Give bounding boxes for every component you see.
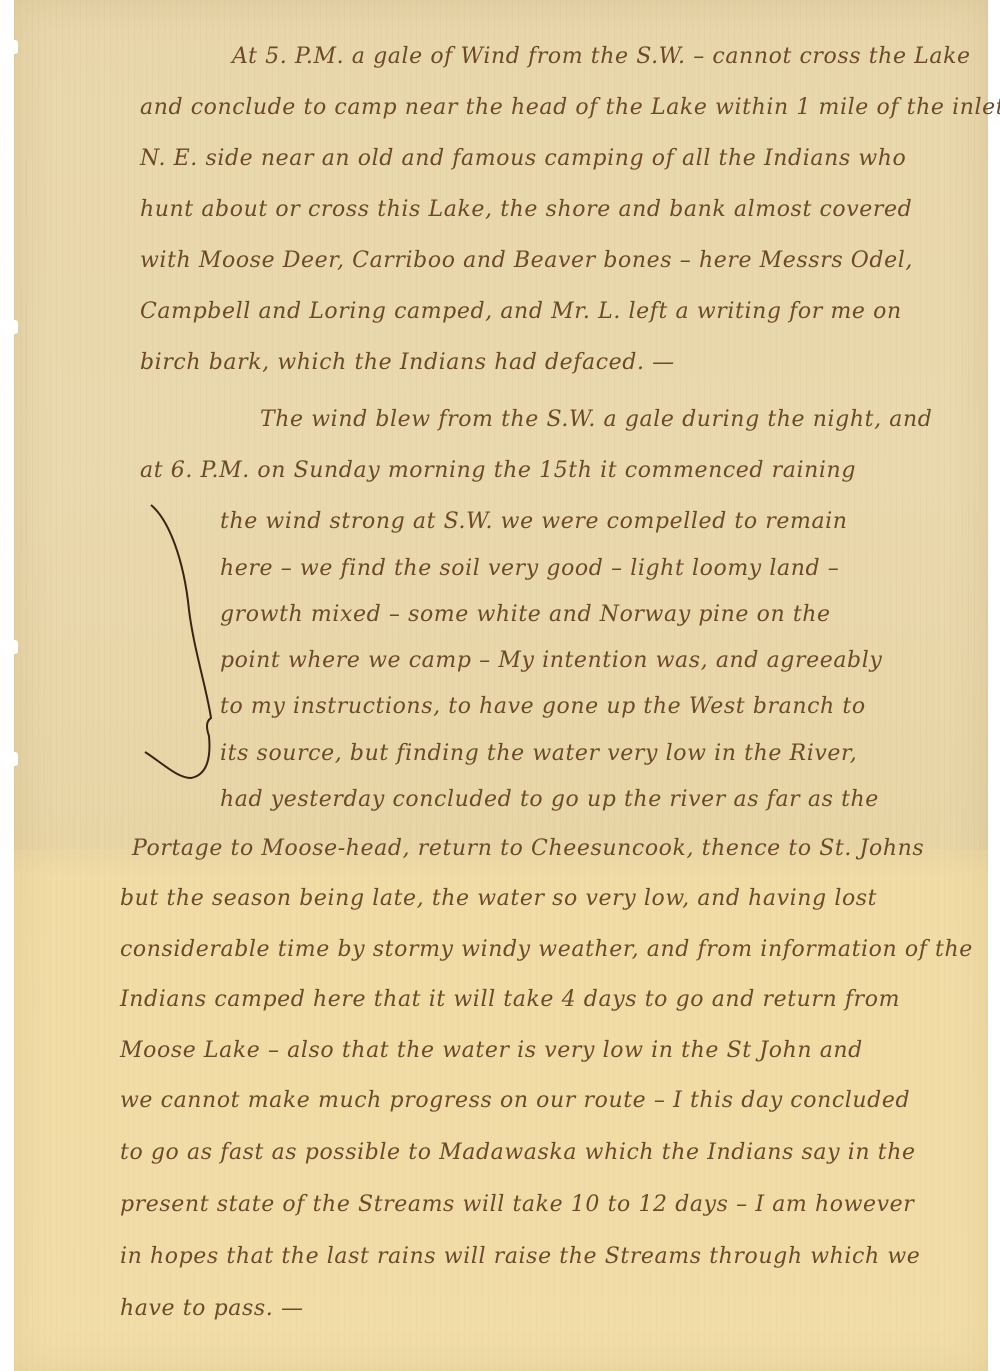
margin-bracket-mark (139, 500, 229, 790)
paper-tear (8, 752, 18, 766)
text-line: point where we camp – My intention was, … (220, 648, 882, 673)
text-line: present state of the Streams will take 1… (120, 1192, 914, 1217)
text-line: its source, but finding the water very l… (220, 741, 857, 766)
text-line: birch bark, which the Indians had deface… (140, 350, 675, 375)
text-line: N. E. side near an old and famous campin… (140, 146, 906, 171)
text-line: to my instructions, to have gone up the … (220, 694, 866, 719)
text-line: growth mixed – some white and Norway pin… (220, 602, 831, 627)
text-line: with Moose Deer, Carriboo and Beaver bon… (140, 248, 913, 273)
text-line: had yesterday concluded to go up the riv… (220, 787, 879, 812)
text-line: here – we find the soil very good – ligh… (220, 556, 839, 581)
text-line: The wind blew from the S.W. a gale durin… (260, 407, 932, 432)
text-line: Campbell and Loring camped, and Mr. L. l… (140, 299, 902, 324)
text-line: Portage to Moose-head, return to Cheesun… (132, 836, 924, 861)
paper-tear (8, 40, 18, 54)
text-line: at 6. P.M. on Sunday morning the 15th it… (140, 458, 856, 483)
text-line: hunt about or cross this Lake, the shore… (140, 197, 912, 222)
paper-tear (8, 640, 18, 654)
text-line: Moose Lake – also that the water is very… (120, 1038, 863, 1063)
text-line: we cannot make much progress on our rout… (120, 1088, 910, 1113)
text-line: At 5. P.M. a gale of Wind from the S.W. … (232, 44, 971, 69)
paper-tear (8, 320, 18, 334)
text-line: the wind strong at S.W. we were compelle… (220, 509, 848, 534)
text-line: to go as fast as possible to Madawaska w… (120, 1140, 916, 1165)
text-line: considerable time by stormy windy weathe… (120, 937, 973, 962)
text-line: have to pass. — (120, 1296, 304, 1321)
manuscript-page: At 5. P.M. a gale of Wind from the S.W. … (14, 0, 988, 1371)
text-line: Indians camped here that it will take 4 … (120, 987, 900, 1012)
text-line: in hopes that the last rains will raise … (120, 1244, 920, 1269)
text-line: but the season being late, the water so … (120, 886, 877, 911)
text-line: and conclude to camp near the head of th… (140, 95, 1000, 120)
